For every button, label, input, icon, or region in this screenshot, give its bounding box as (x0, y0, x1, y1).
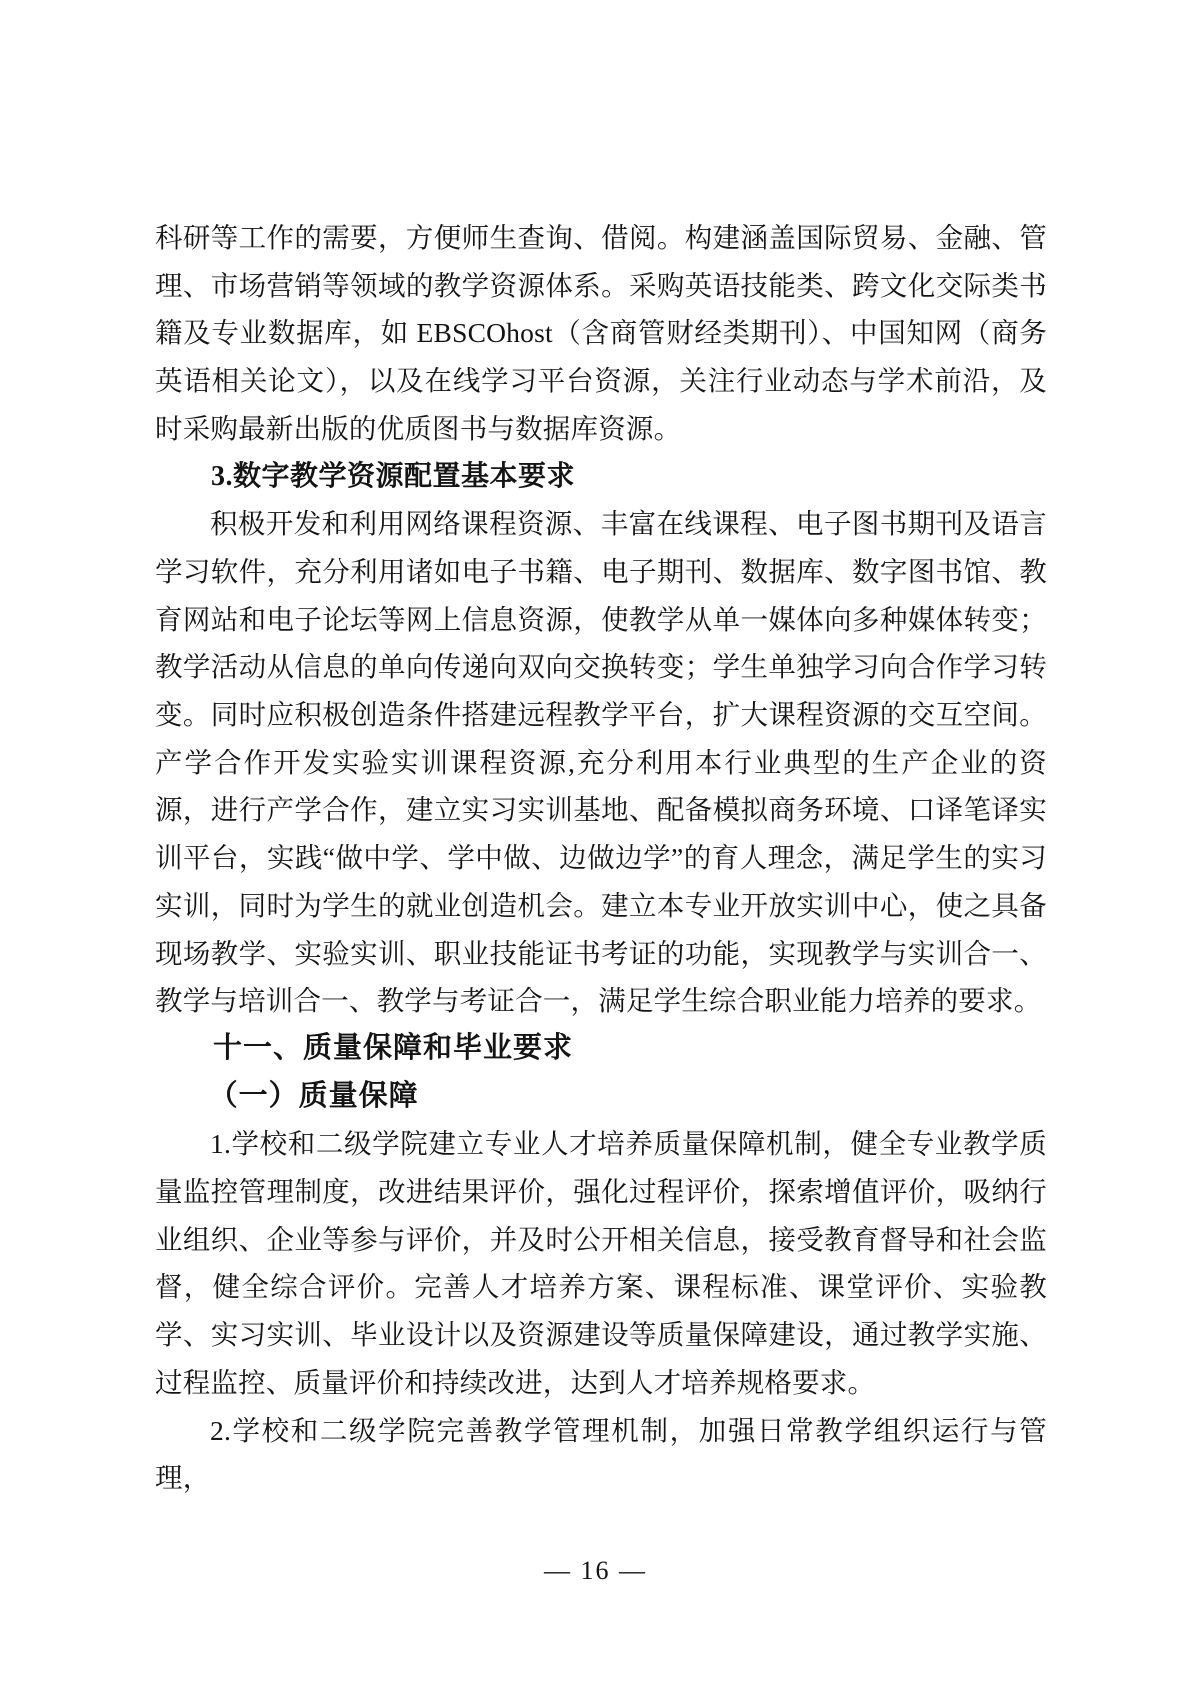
chapter-heading: 十一、质量保障和毕业要求 (155, 1025, 1047, 1073)
numbered-section-heading: 3.数字教学资源配置基本要求 (155, 453, 1047, 501)
document-page: 科研等工作的需要，方便师生查询、借阅。构建涵盖国际贸易、金融、管理、市场营销等领… (0, 0, 1191, 1684)
subsection-heading: （一）质量保障 (155, 1073, 1047, 1121)
body-paragraph: 积极开发和利用网络课程资源、丰富在线课程、电子图书期刊及语言学习软件，充分利用诸… (155, 500, 1047, 1025)
page-body-text: 科研等工作的需要，方便师生查询、借阅。构建涵盖国际贸易、金融、管理、市场营销等领… (155, 214, 1047, 1502)
page-number: — 16 — (0, 1556, 1191, 1586)
body-paragraph: 1.学校和二级学院建立专业人才培养质量保障机制，健全专业教学质量监控管理制度，改… (155, 1120, 1047, 1406)
body-paragraph: 2.学校和二级学院完善教学管理机制，加强日常教学组织运行与管理， (155, 1407, 1047, 1502)
body-paragraph: 科研等工作的需要，方便师生查询、借阅。构建涵盖国际贸易、金融、管理、市场营销等领… (155, 214, 1047, 453)
